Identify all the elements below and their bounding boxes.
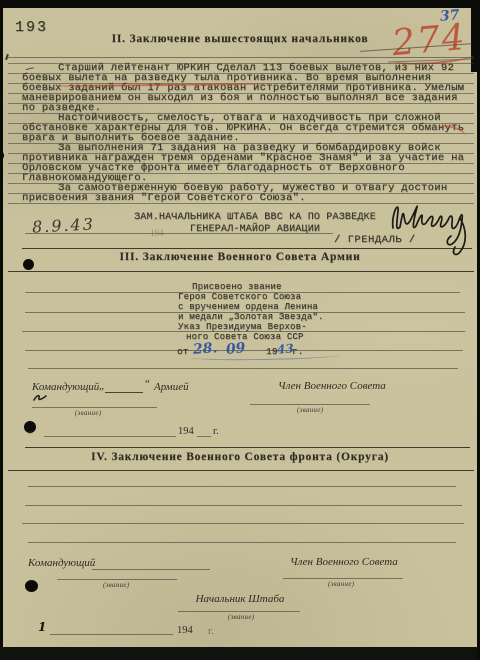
scan-edge-right-corner <box>471 0 480 72</box>
ink-blot <box>0 151 4 160</box>
rank-caption: (звание) <box>328 580 354 588</box>
rule-line <box>25 233 333 234</box>
citation-paragraph: Настойчивость, смелость, отвага и находч… <box>22 113 474 143</box>
signature-line <box>178 611 300 612</box>
military-council-member-label: Член Военного Совета <box>290 556 398 568</box>
form-year: 194 <box>177 625 193 636</box>
citation-paragraph: Старший лейтенант ЮРКИН Сделал 113 боевы… <box>22 63 474 113</box>
rule-line <box>28 368 458 369</box>
date-fill-line <box>44 436 176 437</box>
pen-scribble <box>33 394 47 402</box>
award-decree-stamp: Присвоено звание Героя Советского Союза … <box>178 283 338 342</box>
rule-line <box>28 486 456 487</box>
army-label: Армией <box>154 381 189 393</box>
form-year-suffix: г. <box>213 426 219 437</box>
form-year-suffix: г. <box>208 626 214 637</box>
scan-edge-left <box>0 0 3 660</box>
stamp-date-prefix: от <box>177 346 188 357</box>
signature-line <box>250 404 370 405</box>
section-divider <box>8 271 474 272</box>
citation-paragraph: За выполнения 71 задания на разведку и б… <box>22 143 474 183</box>
rank-caption: (звание) <box>228 613 254 621</box>
section4-heading: IV. Заключение Военного Совета фронта (О… <box>60 451 420 463</box>
signoff-title: ЗАМ.НАЧАЛЬНИКА ШТАБА ВВС КА ПО РАЗВЕДКЕ <box>126 212 384 224</box>
military-council-member-label: Член Военного Совета <box>278 380 386 392</box>
fill-in-line <box>105 392 143 393</box>
rule-line <box>22 523 464 524</box>
form-year: 194 <box>178 426 194 437</box>
scan-edge-bottom <box>0 647 480 660</box>
close-quote: “ <box>145 378 150 390</box>
signature-line <box>32 407 157 408</box>
rank-caption: (звание) <box>297 406 323 414</box>
section2-heading: II. Заключение вышестоящих начальников <box>60 33 420 45</box>
chief-of-staff-label: Начальник Штаба <box>160 593 320 605</box>
scanned-award-document: 193 37 274 II. Заключение вышестоящих на… <box>0 0 480 660</box>
section-divider <box>22 248 472 249</box>
date-fill-line <box>197 436 211 437</box>
page-number-stamp: 193 <box>15 19 48 36</box>
rank-caption: (звание) <box>75 409 101 417</box>
signature-line <box>283 578 403 579</box>
open-quote: „ <box>99 380 104 392</box>
punch-hole <box>25 580 38 592</box>
fill-in-line <box>92 569 210 570</box>
signature-line <box>57 579 177 580</box>
scan-edge-top <box>0 0 480 8</box>
front-commander-label: Командующий <box>28 557 95 569</box>
date-fill-line <box>50 634 173 635</box>
rule-line <box>28 542 456 543</box>
rule-line <box>25 505 462 506</box>
date-open-quote: „ <box>28 424 32 435</box>
handwritten-signature-icon <box>386 188 478 260</box>
punch-hole <box>23 259 34 270</box>
army-commander-label: Командующий <box>32 381 99 393</box>
rank-caption: (звание) <box>103 581 129 589</box>
rule-line <box>8 57 474 58</box>
section-divider <box>8 470 474 471</box>
section3-heading: III. Заключение Военного Совета Армии <box>60 251 420 263</box>
section-divider <box>25 447 470 448</box>
bottom-pen-mark: 1 <box>38 620 46 634</box>
